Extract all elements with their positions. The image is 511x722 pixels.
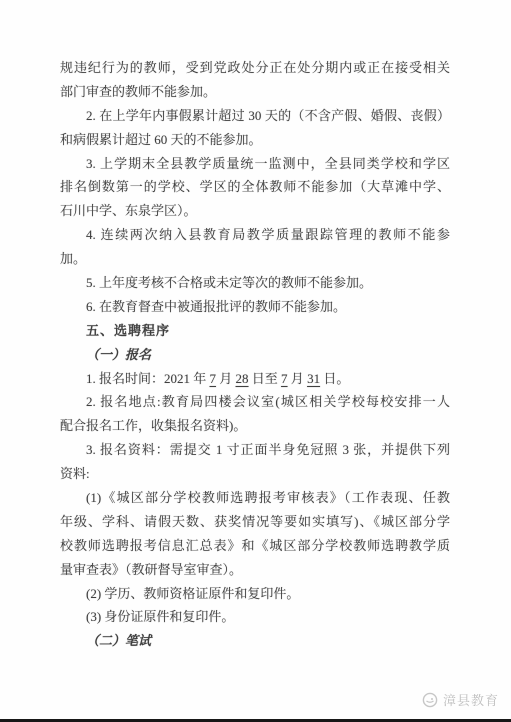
document-line: 4. 连续两次纳入县教育局教学质量跟踪管理的教师不能参 bbox=[60, 223, 450, 247]
document-line: 2. 在上学年内事假累计超过 30 天的（不含产假、婚假、丧假） bbox=[60, 104, 450, 128]
text-segment: 2. 在上学年内事假累计超过 30 天的（不含产假、婚假、丧假） bbox=[86, 108, 450, 123]
official-account-logo-icon bbox=[422, 692, 438, 708]
document-line: 部门审查的教师不能参加。 bbox=[60, 80, 450, 104]
text-segment: 加。 bbox=[60, 251, 86, 266]
text-segment: 日至 bbox=[249, 371, 282, 386]
document-line: (1)《城区部分学校教师选聘报考审核表》（工作表现、任教 bbox=[60, 486, 450, 510]
text-segment: 1. 报名时间：2021 年 bbox=[86, 371, 210, 386]
document-line: 2. 报名地点:教育局四楼会议室(城区相关学校每校安排一人 bbox=[60, 390, 450, 414]
text-segment: 2. 报名地点:教育局四楼会议室(城区相关学校每校安排一人 bbox=[86, 394, 450, 409]
text-segment: (2) 学历、教师资格证原件和复印件。 bbox=[86, 586, 299, 601]
text-segment: 量审查表》（教研督导室审查）。 bbox=[60, 562, 242, 577]
text-segment: (1)《城区部分学校教师选聘报考审核表》（工作表现、任教 bbox=[86, 490, 450, 505]
document-line: 加。 bbox=[60, 247, 450, 271]
document-line: 量审查表》（教研督导室审查）。 bbox=[60, 558, 450, 582]
document-line: 校教师选聘报考信息汇总表》和《城区部分学校教师选聘教学质 bbox=[60, 534, 450, 558]
document-line: 规违纪行为的教师，受到党政处分正在处分期内或正在接受相关 bbox=[60, 56, 450, 80]
sub-heading: （二）笔试 bbox=[60, 629, 450, 653]
text-segment: 5. 上年度考核不合格或未定等次的教师不能参加。 bbox=[86, 275, 372, 290]
document-body: 规违纪行为的教师，受到党政处分正在处分期内或正在接受相关部门审查的教师不能参加。… bbox=[60, 56, 450, 653]
text-segment: 配合报名工作，收集报名资料)。 bbox=[60, 418, 246, 433]
underlined-date-value: 31 bbox=[307, 371, 320, 386]
text-segment: 年级、学科、请假天数、获奖情况等要如实填写)、《城区部分学 bbox=[60, 514, 450, 529]
document-line: 配合报名工作，收集报名资料)。 bbox=[60, 414, 450, 438]
document-line: (2) 学历、教师资格证原件和复印件。 bbox=[60, 582, 450, 606]
text-segment: （二）笔试 bbox=[86, 633, 151, 648]
text-segment: 部门审查的教师不能参加。 bbox=[60, 84, 216, 99]
document-line: 排名倒数第一的学校、学区的全体教师不能参加（大草滩中学、 bbox=[60, 175, 450, 199]
document-line: 年级、学科、请假天数、获奖情况等要如实填写)、《城区部分学 bbox=[60, 510, 450, 534]
text-segment: 3. 报名资料：需提交 1 寸正面半身免冠照 3 张，并提供下列 bbox=[86, 442, 450, 457]
document-line: 1. 报名时间：2021 年 7 月 28 日至 7 月 31 日。 bbox=[60, 367, 450, 391]
text-segment: 排名倒数第一的学校、学区的全体教师不能参加（大草滩中学、 bbox=[60, 179, 450, 194]
document-line: 资料: bbox=[60, 462, 450, 486]
text-segment: (3) 身份证原件和复印件。 bbox=[86, 609, 234, 624]
text-segment: 月 bbox=[216, 371, 236, 386]
document-line: (3) 身份证原件和复印件。 bbox=[60, 605, 450, 629]
document-line: 3. 上学期末全县教学质量统一监测中，全县同类学校和学区 bbox=[60, 152, 450, 176]
underlined-date-value: 28 bbox=[236, 371, 249, 386]
watermark-label: 漳县教育 bbox=[443, 690, 499, 709]
text-segment: 日。 bbox=[320, 371, 349, 386]
text-segment: 和病假累计超过 60 天的不能参加。 bbox=[60, 132, 262, 147]
text-segment: 石川中学、东泉学区）。 bbox=[60, 203, 197, 218]
text-segment: 6. 在教育督查中被通报批评的教师不能参加。 bbox=[86, 299, 346, 314]
text-segment: 校教师选聘报考信息汇总表》和《城区部分学校教师选聘教学质 bbox=[60, 538, 450, 553]
text-segment: 4. 连续两次纳入县教育局教学质量跟踪管理的教师不能参 bbox=[86, 227, 450, 242]
text-segment: 3. 上学期末全县教学质量统一监测中，全县同类学校和学区 bbox=[86, 156, 450, 171]
text-segment: 规违纪行为的教师，受到党政处分正在处分期内或正在接受相关 bbox=[60, 60, 450, 75]
text-segment: 五、选聘程序 bbox=[86, 323, 170, 338]
text-segment: 月 bbox=[288, 371, 308, 386]
document-line: 石川中学、东泉学区）。 bbox=[60, 199, 450, 223]
document-line: 6. 在教育督查中被通报批评的教师不能参加。 bbox=[60, 295, 450, 319]
document-page: 规违纪行为的教师，受到党政处分正在处分期内或正在接受相关部门审查的教师不能参加。… bbox=[0, 0, 511, 722]
section-heading: 五、选聘程序 bbox=[60, 319, 450, 343]
text-segment: 资料: bbox=[60, 466, 90, 481]
document-line: 5. 上年度考核不合格或未定等次的教师不能参加。 bbox=[60, 271, 450, 295]
watermark: 漳县教育 bbox=[422, 690, 499, 709]
document-line: 3. 报名资料：需提交 1 寸正面半身免冠照 3 张，并提供下列 bbox=[60, 438, 450, 462]
sub-heading: （一）报名 bbox=[60, 343, 450, 367]
document-line: 和病假累计超过 60 天的不能参加。 bbox=[60, 128, 450, 152]
text-segment: （一）报名 bbox=[86, 347, 151, 362]
